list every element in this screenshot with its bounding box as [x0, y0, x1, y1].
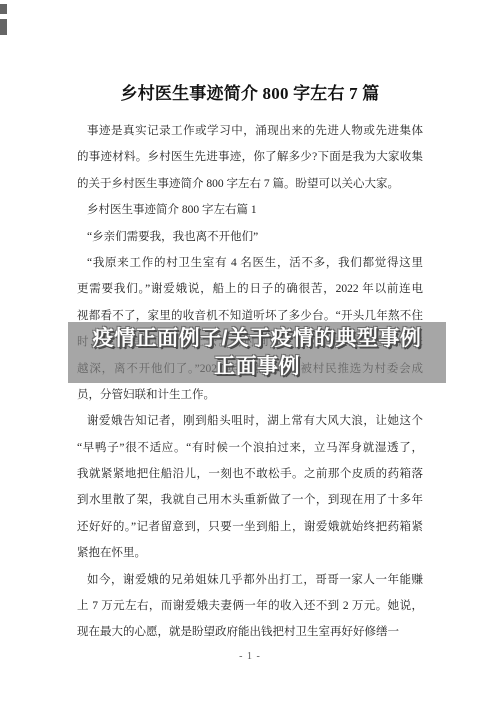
text-line: 如今，谢爱娥的兄弟姐妹几乎都外出打工，哥哥一家人一年能赚: [77, 567, 423, 593]
text-line: “早鸭子”很不适应。“有时候一个浪拍过来，立马浑身就湿透了，: [77, 435, 423, 461]
text-line: “乡亲们需要我，我也离不开他们”: [77, 224, 423, 250]
text-line: 的事迹材料。乡村医生先进事迹，你了解多少?下面是我为大家收集: [77, 144, 423, 170]
text-line: 到水里散了架，我就自己用木头重新做了一个，到现在用了十多年: [77, 487, 423, 513]
text-line: 还好好的。”记者留意到，只要一坐到船上，谢爱娥就始终把药箱紧: [77, 514, 423, 540]
overlay-text-line2: 正面事例: [214, 353, 300, 381]
document-page: 乡村医生事迹简介 800 字左右 7 篇 事迹是真实记录工作或学习中，涌现出来的…: [0, 0, 500, 706]
page-number: - 1 -: [0, 651, 500, 662]
text-line: 乡村医生事迹简介 800 字左右篇 1: [77, 197, 423, 223]
text-line: 上 7 万元左右，而谢爱娥夫妻俩一年的收入还不到 2 万元。她说，: [77, 593, 423, 619]
text-line: 更需要我们。”谢爱娥说，船上的日子的确很苦，2022 年以前连电: [77, 276, 423, 302]
document-title: 乡村医生事迹简介 800 字左右 7 篇: [0, 79, 500, 104]
text-line: 我就紧紧地把住船沿儿，一刻也不敢松手。之前那个皮质的药箱落: [77, 461, 423, 487]
text-line: 事迹是真实记录工作或学习中，涌现出来的先进人物或先进集体: [77, 118, 423, 144]
text-line: 员，分管妇联和计生工作。: [77, 382, 423, 408]
text-line: 谢爱娥告知记者，刚到船头咀时，湖上常有大风大浪，让她这个: [77, 408, 423, 434]
watermark-overlay-banner: 疫情正面例子/关于疫情的典型事例 正面事例: [68, 322, 446, 383]
text-line: 的关于乡村医生事迹简介 800 字左右 7 篇。盼望可以关心大家。: [77, 171, 423, 197]
scan-edge-mark: [0, 4, 7, 14]
overlay-text-line1: 疫情正面例子/关于疫情的典型事例: [93, 325, 422, 353]
text-line: 现在最大的心愿，就是盼望政府能出钱把村卫生室再好好修缮一: [77, 619, 423, 645]
scan-edge-mark: [0, 19, 7, 35]
text-line: 紧抱在怀里。: [77, 540, 423, 566]
text-line: “我原来工作的村卫生室有 4 名医生，活不多，我们都觉得这里: [77, 250, 423, 276]
